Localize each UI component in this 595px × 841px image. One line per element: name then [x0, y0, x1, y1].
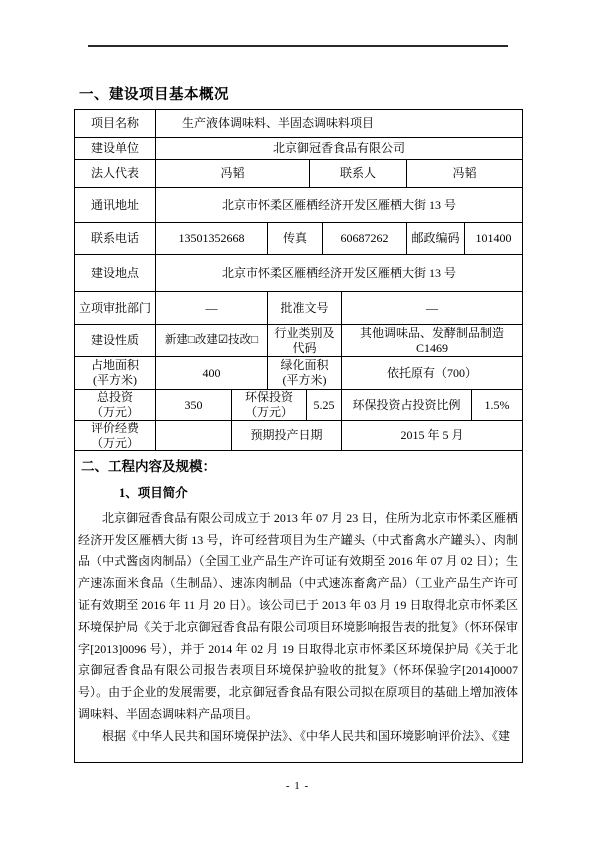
row-investment: 总投资 （万元） 350 环保投资 （万元） 5.25 环保投资占投资比例 1.… — [75, 390, 522, 421]
approval-doc-no-value: — — [342, 292, 522, 324]
evaluation-fee-label: 评价经费 （万元） — [75, 421, 156, 450]
construction-site-label: 建设地点 — [75, 255, 156, 291]
row-legal-rep: 法人代表 冯韬 联系人 冯韬 — [75, 160, 522, 188]
green-area-value: 依托原有（700） — [342, 357, 522, 389]
expected-production-date-label: 预期投产日期 — [232, 421, 342, 450]
row-nature-industry: 建设性质 新建□改建☑技改□ 行业类别及 代码 其他调味品、发酵制品制造 C14… — [75, 325, 522, 357]
postal-code-label: 邮政编码 — [407, 223, 465, 254]
construction-nature-label: 建设性质 — [75, 325, 156, 356]
section2-content: 二、工程内容及规模： 1、项目简介 北京御冠香食品有限公司成立于 2013 年 … — [75, 451, 522, 762]
row-mail-address: 通讯地址 北京市怀柔区雁栖经济开发区雁栖大街 13 号 — [75, 188, 522, 223]
page-number: - 1 - — [0, 780, 595, 792]
section2-heading: 二、工程内容及规模： — [81, 459, 518, 475]
mail-address-value: 北京市怀柔区雁栖经济开发区雁栖大街 13 号 — [156, 188, 522, 222]
industry-category-value: 其他调味品、发酵制品制造 C1469 — [342, 325, 522, 356]
env-investment-label: 环保投资 （万元） — [232, 390, 307, 420]
row-construction-unit: 建设单位 北京御冠香食品有限公司 — [75, 138, 522, 160]
row-construction-site: 建设地点 北京市怀柔区雁栖经济开发区雁栖大街 13 号 — [75, 255, 522, 292]
construction-nature-checkboxes: 新建□改建☑技改□ — [156, 325, 268, 356]
construction-unit-label: 建设单位 — [75, 138, 156, 159]
postal-code-value: 101400 — [465, 223, 522, 254]
mail-address-label: 通讯地址 — [75, 188, 156, 222]
section2-paragraph-1: 北京御冠香食品有限公司成立于 2013 年 07 月 23 日，住所为北京市怀柔… — [78, 508, 518, 726]
contact-person-value: 冯韬 — [407, 160, 522, 187]
section1-heading: 一、建设项目基本概况 — [79, 83, 229, 104]
green-area-label: 绿化面积 (平方米) — [268, 357, 342, 389]
approval-dept-value: — — [156, 292, 268, 324]
row-section2: 二、工程内容及规模： 1、项目简介 北京御冠香食品有限公司成立于 2013 年 … — [75, 451, 522, 762]
row-fee-date: 评价经费 （万元） 预期投产日期 2015 年 5 月 — [75, 421, 522, 451]
expected-production-date-value: 2015 年 5 月 — [342, 421, 522, 450]
legal-rep-label: 法人代表 — [75, 160, 156, 187]
approval-doc-no-label: 批准文号 — [268, 292, 342, 324]
industry-category-label: 行业类别及 代码 — [268, 325, 342, 356]
row-approval: 立项审批部门 — 批准文号 — — [75, 292, 522, 325]
legal-rep-value: 冯韬 — [156, 160, 310, 187]
phone-value: 13501352668 — [156, 223, 268, 254]
row-areas: 占地面积 (平方米) 400 绿化面积 (平方米) 依托原有（700） — [75, 357, 522, 390]
project-name-value: 生产液体调味料、半固态调味料项目 — [156, 110, 522, 137]
row-project-name: 项目名称 生产液体调味料、半固态调味料项目 — [75, 110, 522, 138]
total-investment-value: 350 — [156, 390, 232, 420]
page-header-rule — [88, 45, 508, 47]
project-overview-table: 项目名称 生产液体调味料、半固态调味料项目 建设单位 北京御冠香食品有限公司 法… — [74, 109, 523, 763]
project-name-label: 项目名称 — [75, 110, 156, 137]
land-area-label: 占地面积 (平方米) — [75, 357, 156, 389]
env-investment-ratio-value: 1.5% — [472, 390, 522, 420]
env-investment-value: 5.25 — [307, 390, 342, 420]
fax-label: 传真 — [268, 223, 323, 254]
section2-paragraph-2: 根据《中华人民共和国环境保护法》、《中华人民共和国环境影响评价法》、《建 — [78, 726, 518, 748]
construction-unit-value: 北京御冠香食品有限公司 — [156, 138, 522, 159]
total-investment-label: 总投资 （万元） — [75, 390, 156, 420]
contact-person-label: 联系人 — [310, 160, 407, 187]
env-investment-ratio-label: 环保投资占投资比例 — [342, 390, 472, 420]
section2-subheading: 1、项目简介 — [119, 486, 518, 501]
evaluation-fee-value — [156, 421, 232, 450]
phone-label: 联系电话 — [75, 223, 156, 254]
approval-dept-label: 立项审批部门 — [75, 292, 156, 324]
land-area-value: 400 — [156, 357, 268, 389]
construction-site-value: 北京市怀柔区雁栖经济开发区雁栖大街 13 号 — [156, 255, 522, 291]
row-phone-fax-zip: 联系电话 13501352668 传真 60687262 邮政编码 101400 — [75, 223, 522, 255]
fax-value: 60687262 — [323, 223, 407, 254]
